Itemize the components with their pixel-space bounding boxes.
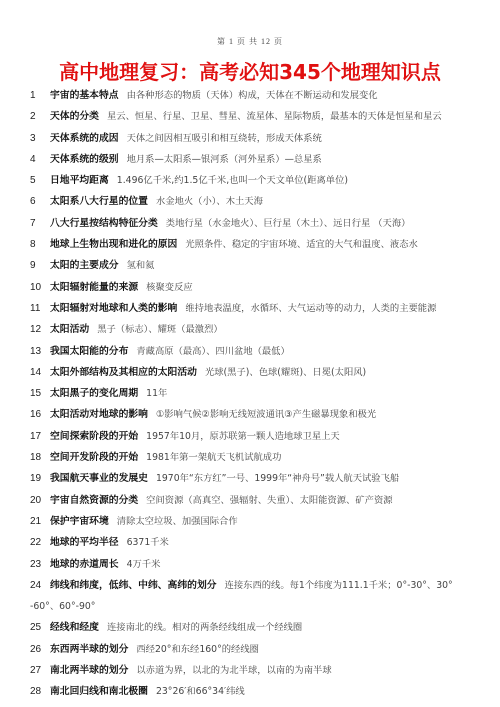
list-item: 24纬线和纬度，低纬、中纬、高纬的划分连接东西的线。每1个纬度为111.1千米；… xyxy=(30,575,490,618)
item-heading: 八大行星按结构特征分类 xyxy=(50,218,158,229)
item-number: 3 xyxy=(30,128,50,149)
item-number: 21 xyxy=(30,511,50,532)
item-description: 西经20°和东经160°的经线圈 xyxy=(136,644,259,655)
item-description: 23°26′和66°34′纬线 xyxy=(156,686,245,697)
list-item: 2天体的分类星云、恒星、行星、卫星、彗星、流星体、星际物质，最基本的天体是恒星和… xyxy=(30,106,490,127)
knowledge-point-list: 1宇宙的基本特点由各种形态的物质（天体）构成，天体在不断运动和发展变化 2天体的… xyxy=(30,85,490,703)
item-heading: 我国太阳能的分布 xyxy=(50,346,128,357)
item-heading: 太阳活动 xyxy=(50,324,89,335)
item-number: 22 xyxy=(30,532,50,553)
list-item: 26东西两半球的划分西经20°和东经160°的经线圈 xyxy=(30,639,490,660)
item-number: 28 xyxy=(30,681,50,702)
list-item: 15太阳黑子的变化周期11年 xyxy=(30,383,490,404)
item-number: 15 xyxy=(30,383,50,404)
item-number: 12 xyxy=(30,319,50,340)
item-heading: 我国航天事业的发展史 xyxy=(50,473,148,484)
item-heading: 地球的赤道周长 xyxy=(50,559,119,570)
item-description: 1.496亿千米,约1.5亿千米,也叫一个天文单位(距离单位) xyxy=(117,175,348,186)
item-heading: 太阳外部结构及其相应的太阳活动 xyxy=(50,367,197,378)
item-heading: 南北两半球的划分 xyxy=(50,665,128,676)
item-description: 空间资源（高真空、强辐射、失重）、太阳能资源、矿产资源 xyxy=(146,495,392,506)
list-item: 21保护宇宙环境清除太空垃圾、加强国际合作 xyxy=(30,511,490,532)
item-description: 核聚变反应 xyxy=(146,282,193,293)
list-item: 9太阳的主要成分氢和氦 xyxy=(30,255,490,276)
item-heading: 宇宙自然资源的分类 xyxy=(50,495,138,506)
list-item: 17空间探索阶段的开始1957年10月，原苏联第一颗人造地球卫星上天 xyxy=(30,426,490,447)
item-heading: 太阳辐射对地球和人类的影响 xyxy=(50,303,177,314)
item-description: 地月系—太阳系—银河系（河外星系）—总星系 xyxy=(127,154,322,165)
item-number: 17 xyxy=(30,426,50,447)
list-item: 5日地平均距离1.496亿千米,约1.5亿千米,也叫一个天文单位(距离单位) xyxy=(30,170,490,191)
item-number: 16 xyxy=(30,404,50,425)
item-description: 光照条件、稳定的宇宙环境、适宜的大气和温度、液态水 xyxy=(185,239,417,250)
item-heading: 东西两半球的划分 xyxy=(50,644,128,655)
item-description: 6371千米 xyxy=(127,537,169,548)
item-number: 13 xyxy=(30,341,50,362)
item-description: 清除太空垃圾、加强国际合作 xyxy=(117,516,238,527)
item-number: 11 xyxy=(30,298,50,319)
item-description: 以赤道为界，以北的为北半球，以南的为南半球 xyxy=(136,665,331,676)
list-item: 28南北回归线和南北极圈23°26′和66°34′纬线 xyxy=(30,681,490,702)
item-description: 11年 xyxy=(146,388,167,399)
item-number: 10 xyxy=(30,277,50,298)
list-item: 8地球上生物出现和进化的原因光照条件、稳定的宇宙环境、适宜的大气和温度、液态水 xyxy=(30,234,490,255)
item-heading: 保护宇宙环境 xyxy=(50,516,109,527)
list-item: 27南北两半球的划分以赤道为界，以北的为北半球，以南的为南半球 xyxy=(30,660,490,681)
item-number: 26 xyxy=(30,639,50,660)
item-number: 8 xyxy=(30,234,50,255)
item-description: ①影响气候②影响无线短波通讯③产生磁暴现象和极光 xyxy=(156,409,376,420)
item-heading: 太阳系八大行星的位置 xyxy=(50,196,148,207)
item-description: 星云、恒星、行星、卫星、彗星、流星体、星际物质，最基本的天体是恒星和星云 xyxy=(107,111,442,122)
list-item: 19我国航天事业的发展史1970年“东方红”一号、1999年“神舟号”载人航天试… xyxy=(30,468,490,489)
list-item: 3天体系统的成因天体之间因相互吸引和相互绕转，形成天体系统 xyxy=(30,128,490,149)
item-number: 4 xyxy=(30,149,50,170)
item-description: 维持地表温度，水循环、大气运动等的动力，人类的主要能源 xyxy=(185,303,436,314)
document-title: 高中地理复习：高考必知345个地理知识点 xyxy=(0,56,500,85)
item-heading: 地球上生物出现和进化的原因 xyxy=(50,239,177,250)
item-heading: 空间探索阶段的开始 xyxy=(50,431,138,442)
item-heading: 太阳黑子的变化周期 xyxy=(50,388,138,399)
list-item: 20宇宙自然资源的分类空间资源（高真空、强辐射、失重）、太阳能资源、矿产资源 xyxy=(30,490,490,511)
item-heading: 经线和经度 xyxy=(50,622,99,633)
item-description: 由各种形态的物质（天体）构成，天体在不断运动和发展变化 xyxy=(127,90,378,101)
item-heading: 太阳的主要成分 xyxy=(50,260,119,271)
item-heading: 天体系统的成因 xyxy=(50,133,119,144)
item-number: 9 xyxy=(30,255,50,276)
list-item: 16太阳活动对地球的影响①影响气候②影响无线短波通讯③产生磁暴现象和极光 xyxy=(30,404,490,425)
list-item: 13我国太阳能的分布青藏高原（最高）、四川盆地（最低） xyxy=(30,341,490,362)
list-item: 7八大行星按结构特征分类类地行星（水金地火）、巨行星（木土）、远日行星 （天海） xyxy=(30,213,490,234)
item-number: 14 xyxy=(30,362,50,383)
list-item: 23地球的赤道周长4万千米 xyxy=(30,554,490,575)
list-item: 25经线和经度连接南北的线。相对的两条经线组成一个经线圈 xyxy=(30,617,490,638)
page-number-header: 第 1 页 共 12 页 xyxy=(0,36,500,47)
list-item: 4天体系统的级别地月系—太阳系—银河系（河外星系）—总星系 xyxy=(30,149,490,170)
item-description: 青藏高原（最高）、四川盆地（最低） xyxy=(136,346,289,357)
item-description: 水金地火（小）、木土天海 xyxy=(156,196,263,207)
list-item: 12太阳活动黑子（标志）、耀斑（最激烈） xyxy=(30,319,490,340)
item-description: 1970年“东方红”一号、1999年“神舟号”载人航天试验飞船 xyxy=(156,473,399,484)
item-number: 24 xyxy=(30,575,50,596)
item-heading: 天体的分类 xyxy=(50,111,99,122)
item-heading: 太阳活动对地球的影响 xyxy=(50,409,148,420)
item-number: 5 xyxy=(30,170,50,191)
item-description: 1957年10月，原苏联第一颗人造地球卫星上天 xyxy=(146,431,340,442)
list-item: 1宇宙的基本特点由各种形态的物质（天体）构成，天体在不断运动和发展变化 xyxy=(30,85,490,106)
item-number: 6 xyxy=(30,191,50,212)
item-description: 黑子（标志）、耀斑（最激烈） xyxy=(97,324,223,335)
item-number: 7 xyxy=(30,213,50,234)
list-item: 18空间开发阶段的开始1981年第一架航天飞机试航成功 xyxy=(30,447,490,468)
item-heading: 日地平均距离 xyxy=(50,175,109,186)
item-description: 氢和氦 xyxy=(127,260,155,271)
list-item: 22地球的平均半径6371千米 xyxy=(30,532,490,553)
item-heading: 宇宙的基本特点 xyxy=(50,90,119,101)
item-description: 类地行星（水金地火）、巨行星（木土）、远日行星 （天海） xyxy=(166,218,411,229)
item-description-continuation: -60°、60°-90° xyxy=(30,596,95,617)
item-heading: 南北回归线和南北极圈 xyxy=(50,686,148,697)
item-heading: 地球的平均半径 xyxy=(50,537,119,548)
item-number: 20 xyxy=(30,490,50,511)
item-number: 25 xyxy=(30,617,50,638)
item-description: 连接东西的线。每1个纬度为111.1千米；0°-30°、30° xyxy=(225,580,453,591)
item-description: 连接南北的线。相对的两条经线组成一个经线圈 xyxy=(107,622,302,633)
item-number: 19 xyxy=(30,468,50,489)
item-description: 光球(黑子)、色球(耀斑)、日冕(太阳风) xyxy=(205,367,366,378)
item-number: 18 xyxy=(30,447,50,468)
item-description: 1981年第一架航天飞机试航成功 xyxy=(146,452,281,463)
item-number: 2 xyxy=(30,106,50,127)
item-number: 23 xyxy=(30,554,50,575)
list-item: 10太阳辐射能量的来源核聚变反应 xyxy=(30,277,490,298)
item-number: 1 xyxy=(30,85,50,106)
list-item: 6太阳系八大行星的位置水金地火（小）、木土天海 xyxy=(30,191,490,212)
item-description: 天体之间因相互吸引和相互绕转，形成天体系统 xyxy=(127,133,322,144)
item-description: 4万千米 xyxy=(127,559,161,570)
item-heading: 纬线和纬度，低纬、中纬、高纬的划分 xyxy=(50,580,217,591)
item-number: 27 xyxy=(30,660,50,681)
item-heading: 空间开发阶段的开始 xyxy=(50,452,138,463)
list-item: 14太阳外部结构及其相应的太阳活动光球(黑子)、色球(耀斑)、日冕(太阳风) xyxy=(30,362,490,383)
list-item: 11太阳辐射对地球和人类的影响维持地表温度，水循环、大气运动等的动力，人类的主要… xyxy=(30,298,490,319)
item-heading: 天体系统的级别 xyxy=(50,154,119,165)
item-heading: 太阳辐射能量的来源 xyxy=(50,282,138,293)
